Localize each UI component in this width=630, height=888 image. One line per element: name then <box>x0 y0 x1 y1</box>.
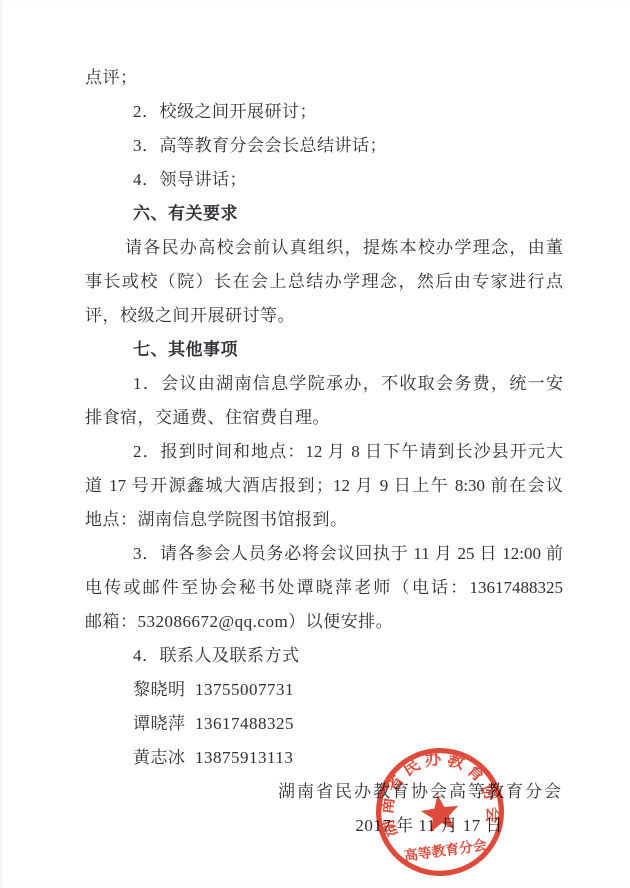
text-line: 评，校级之间开展研讨等。 <box>85 299 563 333</box>
text-line: 4．领导讲话； <box>85 163 563 197</box>
text-line: 1．会议由湖南信息学院承办，不收取会务费，统一安 <box>85 367 563 401</box>
text-line: 邮箱：532086672@qq.com）以便安排。 <box>85 605 563 639</box>
signature-org: 湖南省民办教育协会高等教育分会 <box>85 775 563 809</box>
document-page: 点评；2．校级之间开展研讨；3．高等教育分会会长总结讲话；4．领导讲话；六、有关… <box>0 0 630 888</box>
text-line: 六、有关要求 <box>85 197 563 231</box>
text-line: 黎晓明 13755007731 <box>85 673 563 707</box>
text-line: 2．校级之间开展研讨； <box>85 95 563 129</box>
text-line: 4．联系人及联系方式 <box>85 639 563 673</box>
document-body: 点评；2．校级之间开展研讨；3．高等教育分会会长总结讲话；4．领导讲话；六、有关… <box>85 61 563 775</box>
signature-date: 2017 年 11 月 17 日 <box>85 809 563 843</box>
text-line: 事长或校（院）长在会上总结办学理念，然后由专家进行点 <box>85 265 563 299</box>
text-line: 排食宿，交通费、住宿费自理。 <box>85 401 563 435</box>
text-line: 道 17 号开源鑫城大酒店报到；12 月 9 日上午 8:30 前在会议 <box>85 469 563 503</box>
text-line: 电传或邮件至协会秘书处谭晓萍老师（电话：13617488325 <box>85 571 563 605</box>
text-line: 2．报到时间和地点：12 月 8 日下午请到长沙县开元大 <box>85 435 563 469</box>
text-line: 黄志冰 13875913113 <box>85 741 563 775</box>
text-line: 谭晓萍 13617488325 <box>85 707 563 741</box>
text-line: 3．高等教育分会会长总结讲话； <box>85 129 563 163</box>
text-line: 3．请各参会人员务必将会议回执于 11 月 25 日 12:00 前 <box>85 537 563 571</box>
signature-block: 湖南省民办教育协会高等教育分会 2017 年 11 月 17 日 <box>85 775 563 843</box>
text-line: 地点：湖南信息学院图书馆报到。 <box>85 503 563 537</box>
text-line: 点评； <box>85 61 563 95</box>
text-line: 请各民办高校会前认真组织，提炼本校办学理念，由董 <box>85 231 563 265</box>
text-line: 七、其他事项 <box>85 333 563 367</box>
